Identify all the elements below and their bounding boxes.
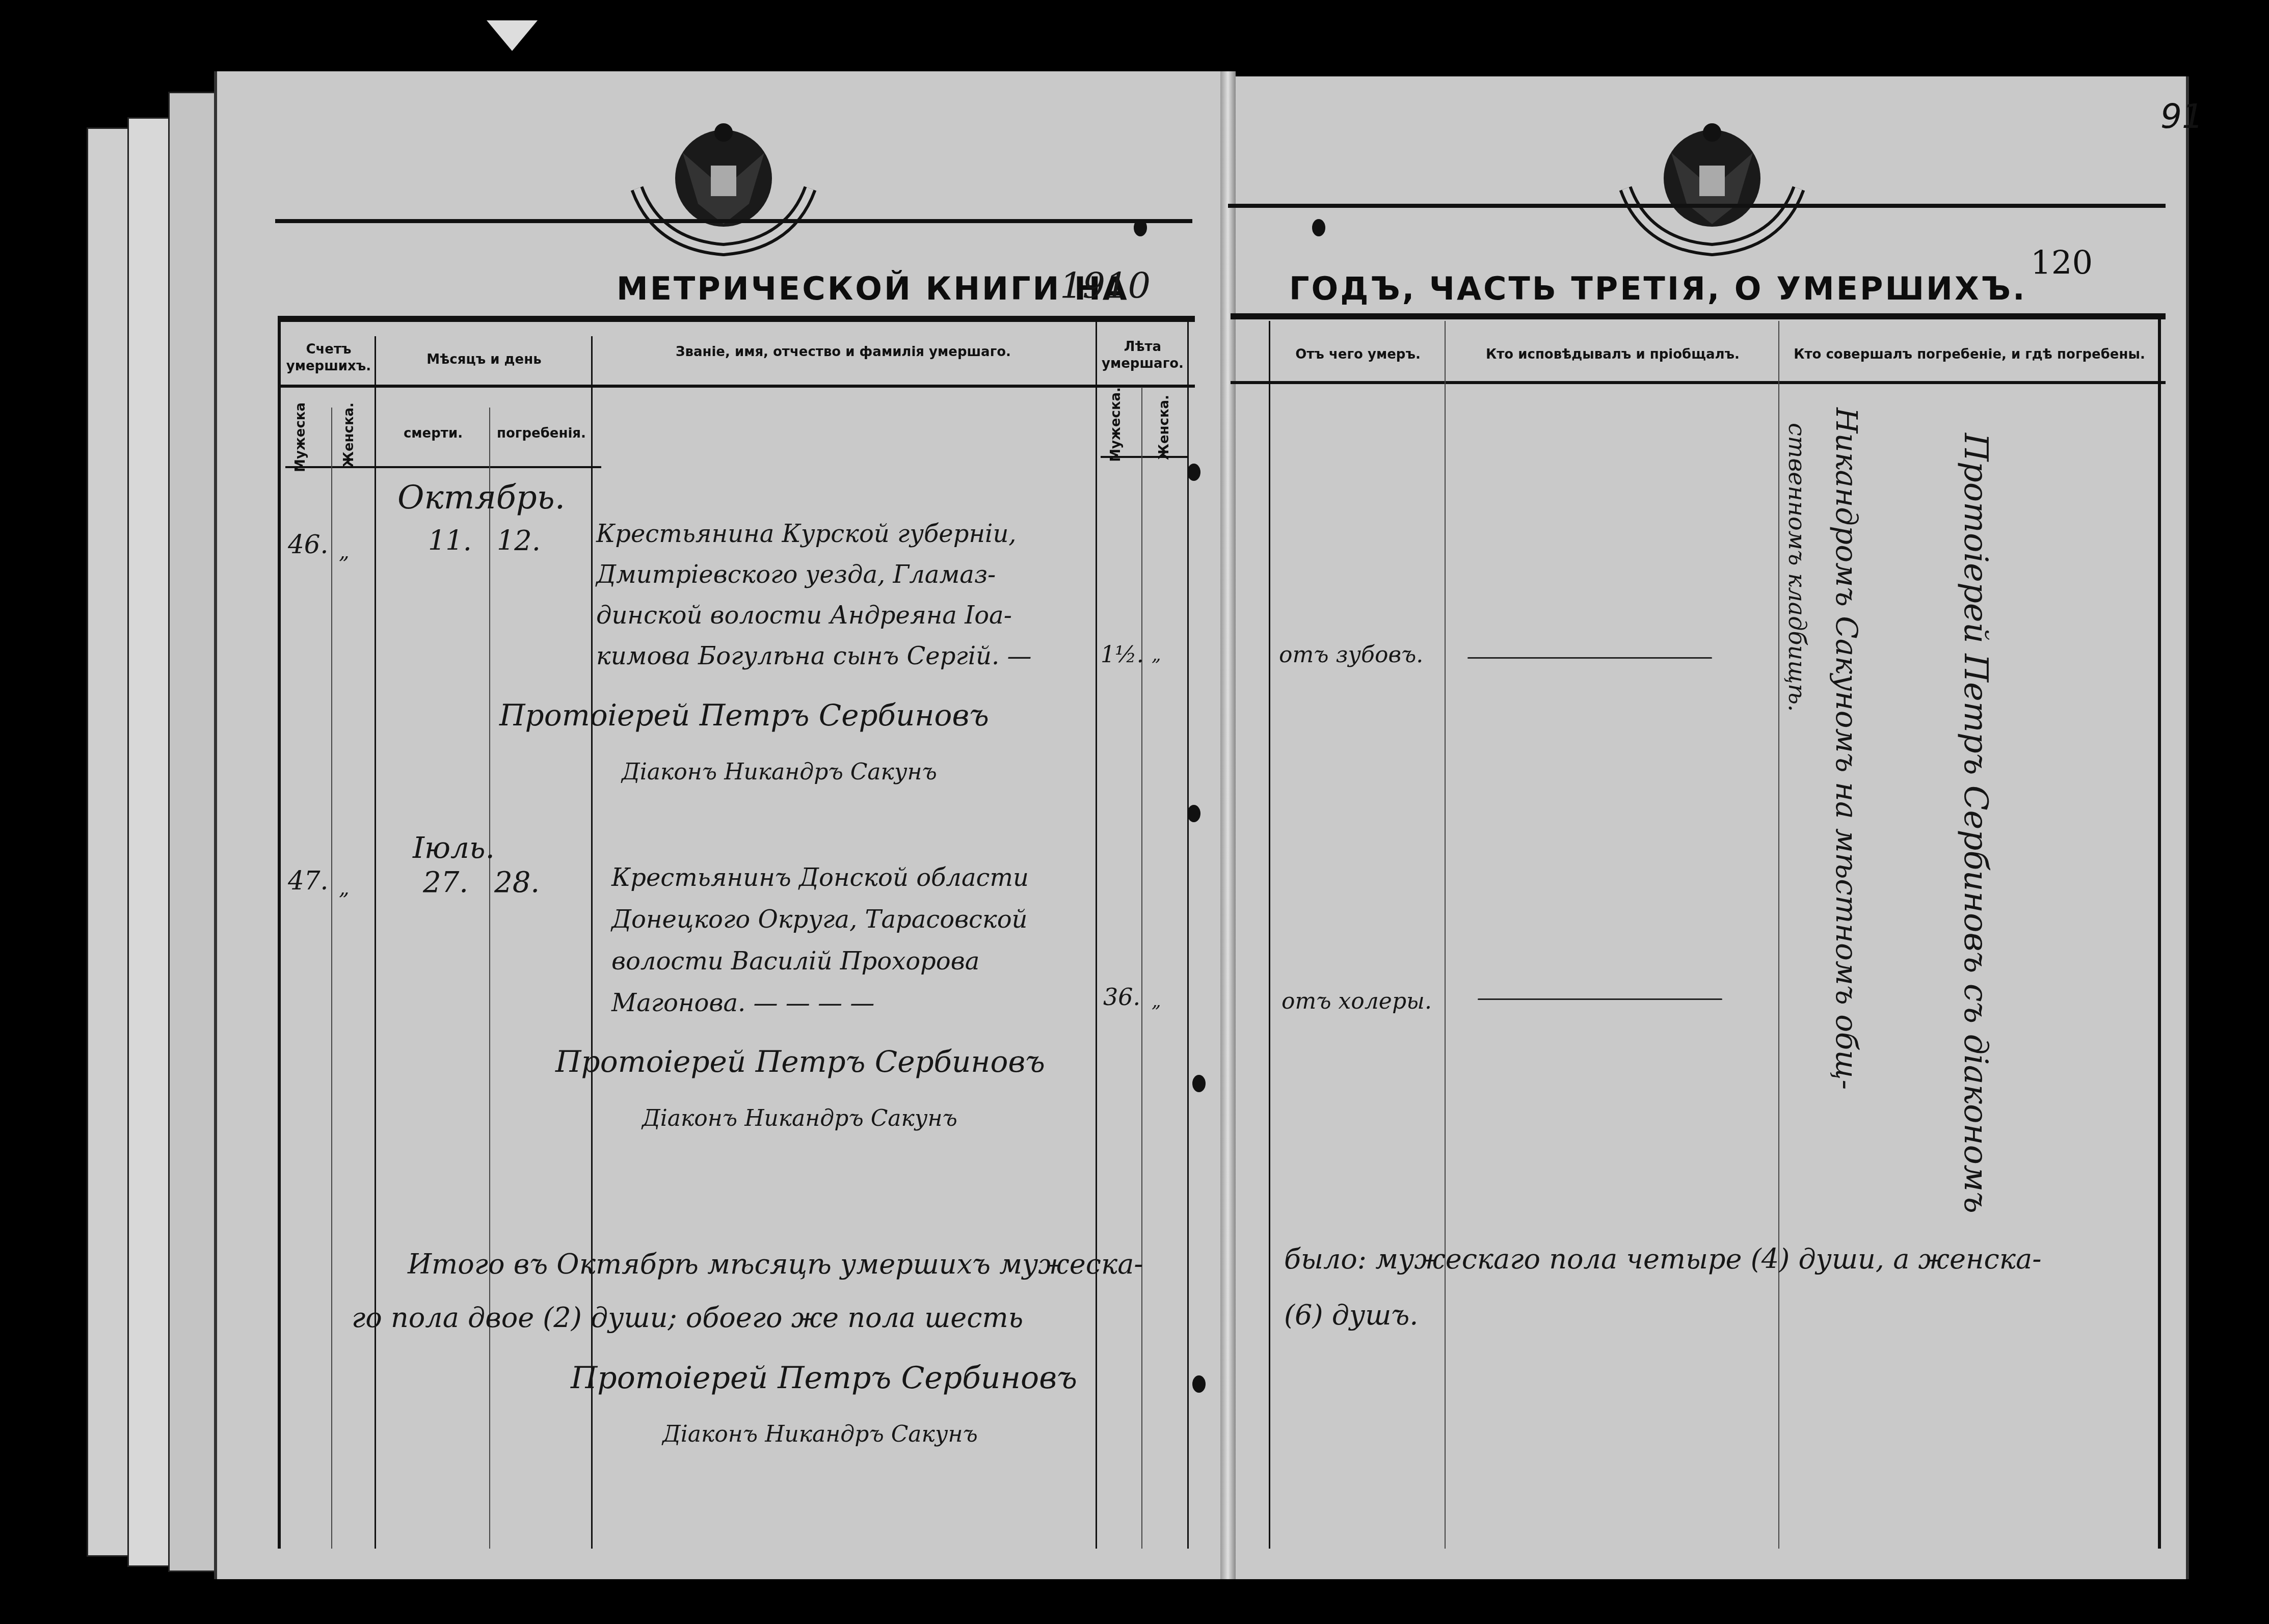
col-divider-age-end — [1187, 321, 1189, 1549]
binding-hole — [1187, 464, 1200, 481]
entry-47-confessor-dash — [1478, 998, 1722, 1000]
col-divider-burial-by — [1778, 321, 1779, 1549]
entry-46-female-mark: „ — [339, 540, 350, 563]
entry-46-confessor-dash — [1467, 657, 1712, 659]
header-name: Званіе, имя, отчество и фамилія умершаго… — [594, 344, 1093, 361]
page-number: 120 — [2031, 245, 2093, 282]
binding-hole — [1187, 805, 1200, 822]
summary-signature-deacon: Діаконъ Никандръ Сакунъ — [662, 1421, 978, 1447]
header-month-day: Мѣсяцъ и день — [377, 351, 591, 368]
header-age: Лѣта умершаго. — [1098, 339, 1187, 372]
book-spine — [1220, 71, 1236, 1579]
entry-47-name-line: Магонова. — — — — — [611, 989, 1096, 1031]
title-bottom-rule — [1231, 313, 2166, 319]
entry-47-death-day: 27. — [423, 866, 468, 899]
header-divider — [1231, 381, 2166, 384]
entry-46-month: Октябрь. — [397, 479, 565, 517]
entry-46-signature-deacon: Діаконъ Никандръ Сакунъ — [622, 759, 937, 785]
entry-47-age-male: 36. — [1103, 983, 1140, 1011]
col-divider-confessor — [1445, 321, 1446, 1549]
header-top-rule — [275, 219, 1192, 223]
entry-46-name-line: Дмитріевского уезда, Гламаз- — [596, 560, 1096, 601]
summary-left-line-1: Итого въ Октябрѣ мѣсяцѣ умершихъ мужеска… — [408, 1248, 1143, 1280]
entry-46-death-day: 11. — [428, 525, 472, 557]
burial-note-line-1: Протоіерей Петръ Сербиновъ съ діакономъ — [1957, 433, 1994, 1274]
header-burial: погребенія. — [492, 425, 591, 442]
entry-46-name: Крестьянина Курской губерніи, Дмитріевск… — [596, 520, 1096, 683]
col-divider-month — [375, 336, 376, 1549]
header-top-rule — [1228, 204, 2166, 208]
entry-46-signature-priest: Протоіерей Петръ Сербиновъ — [499, 698, 989, 733]
col-divider-age-mf — [1141, 387, 1142, 1549]
entry-47-month: Іюль. — [413, 830, 495, 865]
summary-left-line-2: го пола двое (2) души; обоего же пола ше… — [352, 1302, 1023, 1334]
binding-hole — [1192, 1375, 1206, 1393]
header-count-male: Мужеска — [293, 402, 308, 472]
frame-left-border — [278, 316, 281, 1549]
entry-47-cause: отъ холеры. — [1282, 988, 1432, 1014]
entry-47-name-line: волости Василій Прохорова — [611, 947, 1096, 989]
entry-47-signature-deacon: Діаконъ Никандръ Сакунъ — [642, 1105, 957, 1131]
header-cause: Отъ чего умеръ. — [1271, 346, 1445, 363]
binding-hole — [1312, 219, 1325, 236]
entry-46-burial-day: 12. — [497, 525, 541, 557]
entry-47-signature-priest: Протоіерей Петръ Сербиновъ — [555, 1044, 1045, 1079]
year-handwritten: 1910 — [1060, 265, 1151, 307]
header-divider — [278, 385, 1195, 388]
entry-47-female-mark: „ — [339, 876, 350, 900]
header-death: смерти. — [377, 425, 489, 442]
frame-right-border — [2158, 316, 2161, 1549]
entry-46-age-female: „ — [1152, 644, 1161, 665]
header-count: Счетъ умершихъ. — [283, 341, 375, 374]
subheader-divider — [285, 466, 601, 468]
summary-signature-priest: Протоіерей Петръ Сербиновъ — [571, 1360, 1077, 1396]
col-divider-count — [331, 408, 332, 1549]
summary-right-line-2: (6) душъ. — [1284, 1299, 1419, 1331]
entry-46-age-male: 1½. — [1101, 642, 1144, 668]
col-divider-death-burial — [489, 408, 490, 1549]
summary-right-line-1: было: мужескаго пола четыре (4) души, а … — [1284, 1243, 2041, 1275]
entry-47-name: Крестьянинъ Донской области Донецкого Ок… — [611, 863, 1096, 1031]
register-title-right: ГОДЪ, ЧАСТЬ ТРЕТІЯ, О УМЕРШИХЪ. — [1289, 270, 2027, 307]
entry-46-name-line: кимова Богулѣна сынъ Сергій. — — [596, 642, 1096, 683]
burial-note-line-2: Никандромъ Сакуномъ на мѣстномъ общ- — [1829, 408, 1864, 1248]
col-divider-cause — [1269, 321, 1270, 1549]
entry-47-number: 47. — [288, 866, 329, 896]
entry-47-burial-day: 28. — [494, 866, 540, 899]
binding-hole — [1192, 1075, 1206, 1092]
entry-46-name-line: Крестьянина Курской губерніи, — [596, 520, 1096, 560]
header-age-male: Мужеска. — [1108, 387, 1124, 462]
header-burial-by: Кто совершалъ погребеніе, и гдѣ погребен… — [1781, 346, 2158, 363]
entry-47-name-line: Крестьянинъ Донской области — [611, 863, 1096, 905]
entry-46-cause: отъ зубовъ. — [1279, 642, 1423, 668]
entry-46-name-line: динской волости Андреяна Іоа- — [596, 601, 1096, 642]
title-bottom-rule — [278, 316, 1195, 322]
folio-number: 91 — [2160, 97, 2203, 136]
double-headed-eagle-emblem-right — [1615, 122, 1809, 260]
header-confessor: Кто исповѣдывалъ и пріобщалъ. — [1447, 346, 1778, 363]
col-divider-age — [1096, 321, 1097, 1549]
entry-47-age-female: „ — [1152, 991, 1161, 1012]
entry-46-number: 46. — [288, 530, 329, 559]
header-count-female: Женска. — [341, 402, 357, 468]
page-corner-marker — [487, 20, 538, 51]
header-age-female: Женска. — [1157, 395, 1172, 460]
double-headed-eagle-emblem-left — [627, 122, 820, 260]
entry-47-name-line: Донецкого Округа, Тарасовской — [611, 905, 1096, 947]
burial-note-line-3: ственномъ кладбищѣ. — [1783, 423, 1811, 754]
register-title-left: МЕТРИЧЕСКОЙ КНИГИ НА — [617, 270, 1129, 307]
